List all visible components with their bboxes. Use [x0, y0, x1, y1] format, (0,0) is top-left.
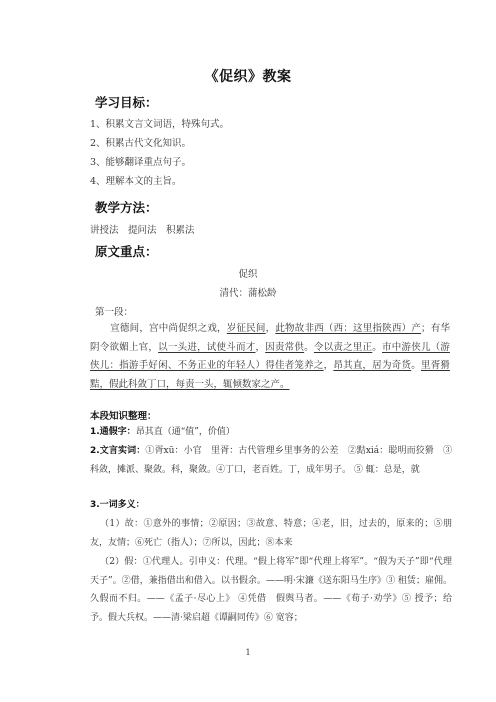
text-segment: ，: [255, 342, 265, 353]
document-page: 《促织》教案 学习目标： 1、积累文言文词语，特殊句式。 2、积累古代文化知识。…: [0, 0, 496, 702]
objective-item: 2、积累古代文化知识。: [90, 135, 191, 149]
original-heading: 原文重点：: [95, 242, 158, 260]
objectives-heading: 学习目标：: [95, 93, 158, 111]
knowledge-heading: 本段知识整理：: [90, 408, 157, 422]
objective-item: 4、理解本文的主旨。: [90, 173, 182, 187]
underlined-phrase: 因责常供: [265, 342, 304, 353]
original-paragraph: 宣德间，宫中尚促织之戏，岁征民间，此物故非西（西：这里指陕西）产；有华阴令欲媚上…: [90, 320, 450, 394]
document-title: 《促织》教案: [0, 66, 496, 86]
underlined-phrase: 此物故非西（西：这里指陕西）产: [275, 323, 421, 334]
objective-item: 3、能够翻译重点句子。: [90, 154, 191, 168]
paragraph-content: 宣德间，宫中尚促织之戏，岁征民间，此物故非西（西：这里指陕西）产；有华阴令欲媚上…: [90, 323, 450, 390]
methods-text: 讲授法 提问法 积累法: [90, 222, 195, 236]
objective-item: 1、积累文言文词语，特殊句式。: [90, 116, 229, 130]
text-segment: ，: [266, 323, 276, 334]
tongjiazi-label: 1.通假字：: [90, 427, 136, 437]
section-label: 第一段：: [95, 304, 133, 318]
shici-block: 2.文言实词：①胥xū：小官 里胥：古代管理乡里事务的公差 ②黠xiá：聪明而狡…: [90, 442, 452, 479]
yiciduoyi-item-jia: （2）假：①代理人。引申义：代理。“假上将军”即“代理上将军”。“假为天子”即“…: [90, 553, 452, 627]
underlined-phrase: 令以责之里正: [314, 342, 372, 353]
work-author: 清代：蒲松龄: [0, 285, 496, 299]
shici-label: 2.文言实词：: [90, 446, 145, 456]
underlined-phrase: 岁征民间: [227, 323, 266, 334]
underlined-phrase: 昂其直，居为奇货: [333, 360, 411, 371]
text-segment: 。: [372, 342, 382, 353]
yiciduoyi-label: 3.一词多义：: [90, 500, 145, 510]
yiciduoyi-item-gu: （1）故：①意外的事情；②原因；③故意、特意；④老，旧，过去的，原来的；⑤朋友，…: [90, 515, 452, 552]
yiciduoyi-heading-line: 3.一词多义：: [90, 496, 452, 515]
text-segment: ，: [324, 360, 334, 371]
text-segment: 。: [304, 342, 314, 353]
underlined-phrase: 以一头进，试使斗而才: [158, 342, 255, 353]
text-segment: 。: [411, 360, 421, 371]
text-segment: 宣德间，宫中尚促织之戏，: [110, 323, 227, 334]
work-title: 促织: [0, 266, 496, 280]
tongjiazi-line: 1.通假字：昂其直（通“值”，价值）: [90, 423, 452, 442]
tongjiazi-text: 昂其直（通“值”，价值）: [136, 427, 235, 437]
methods-heading: 教学方法：: [95, 198, 158, 216]
page-number: 1: [0, 648, 496, 657]
shici-text: ①胥xū：小官 里胥：古代管理乡里事务的公差 ②黠xiá：聪明而狡猾 ③科敛，摊…: [90, 446, 452, 475]
